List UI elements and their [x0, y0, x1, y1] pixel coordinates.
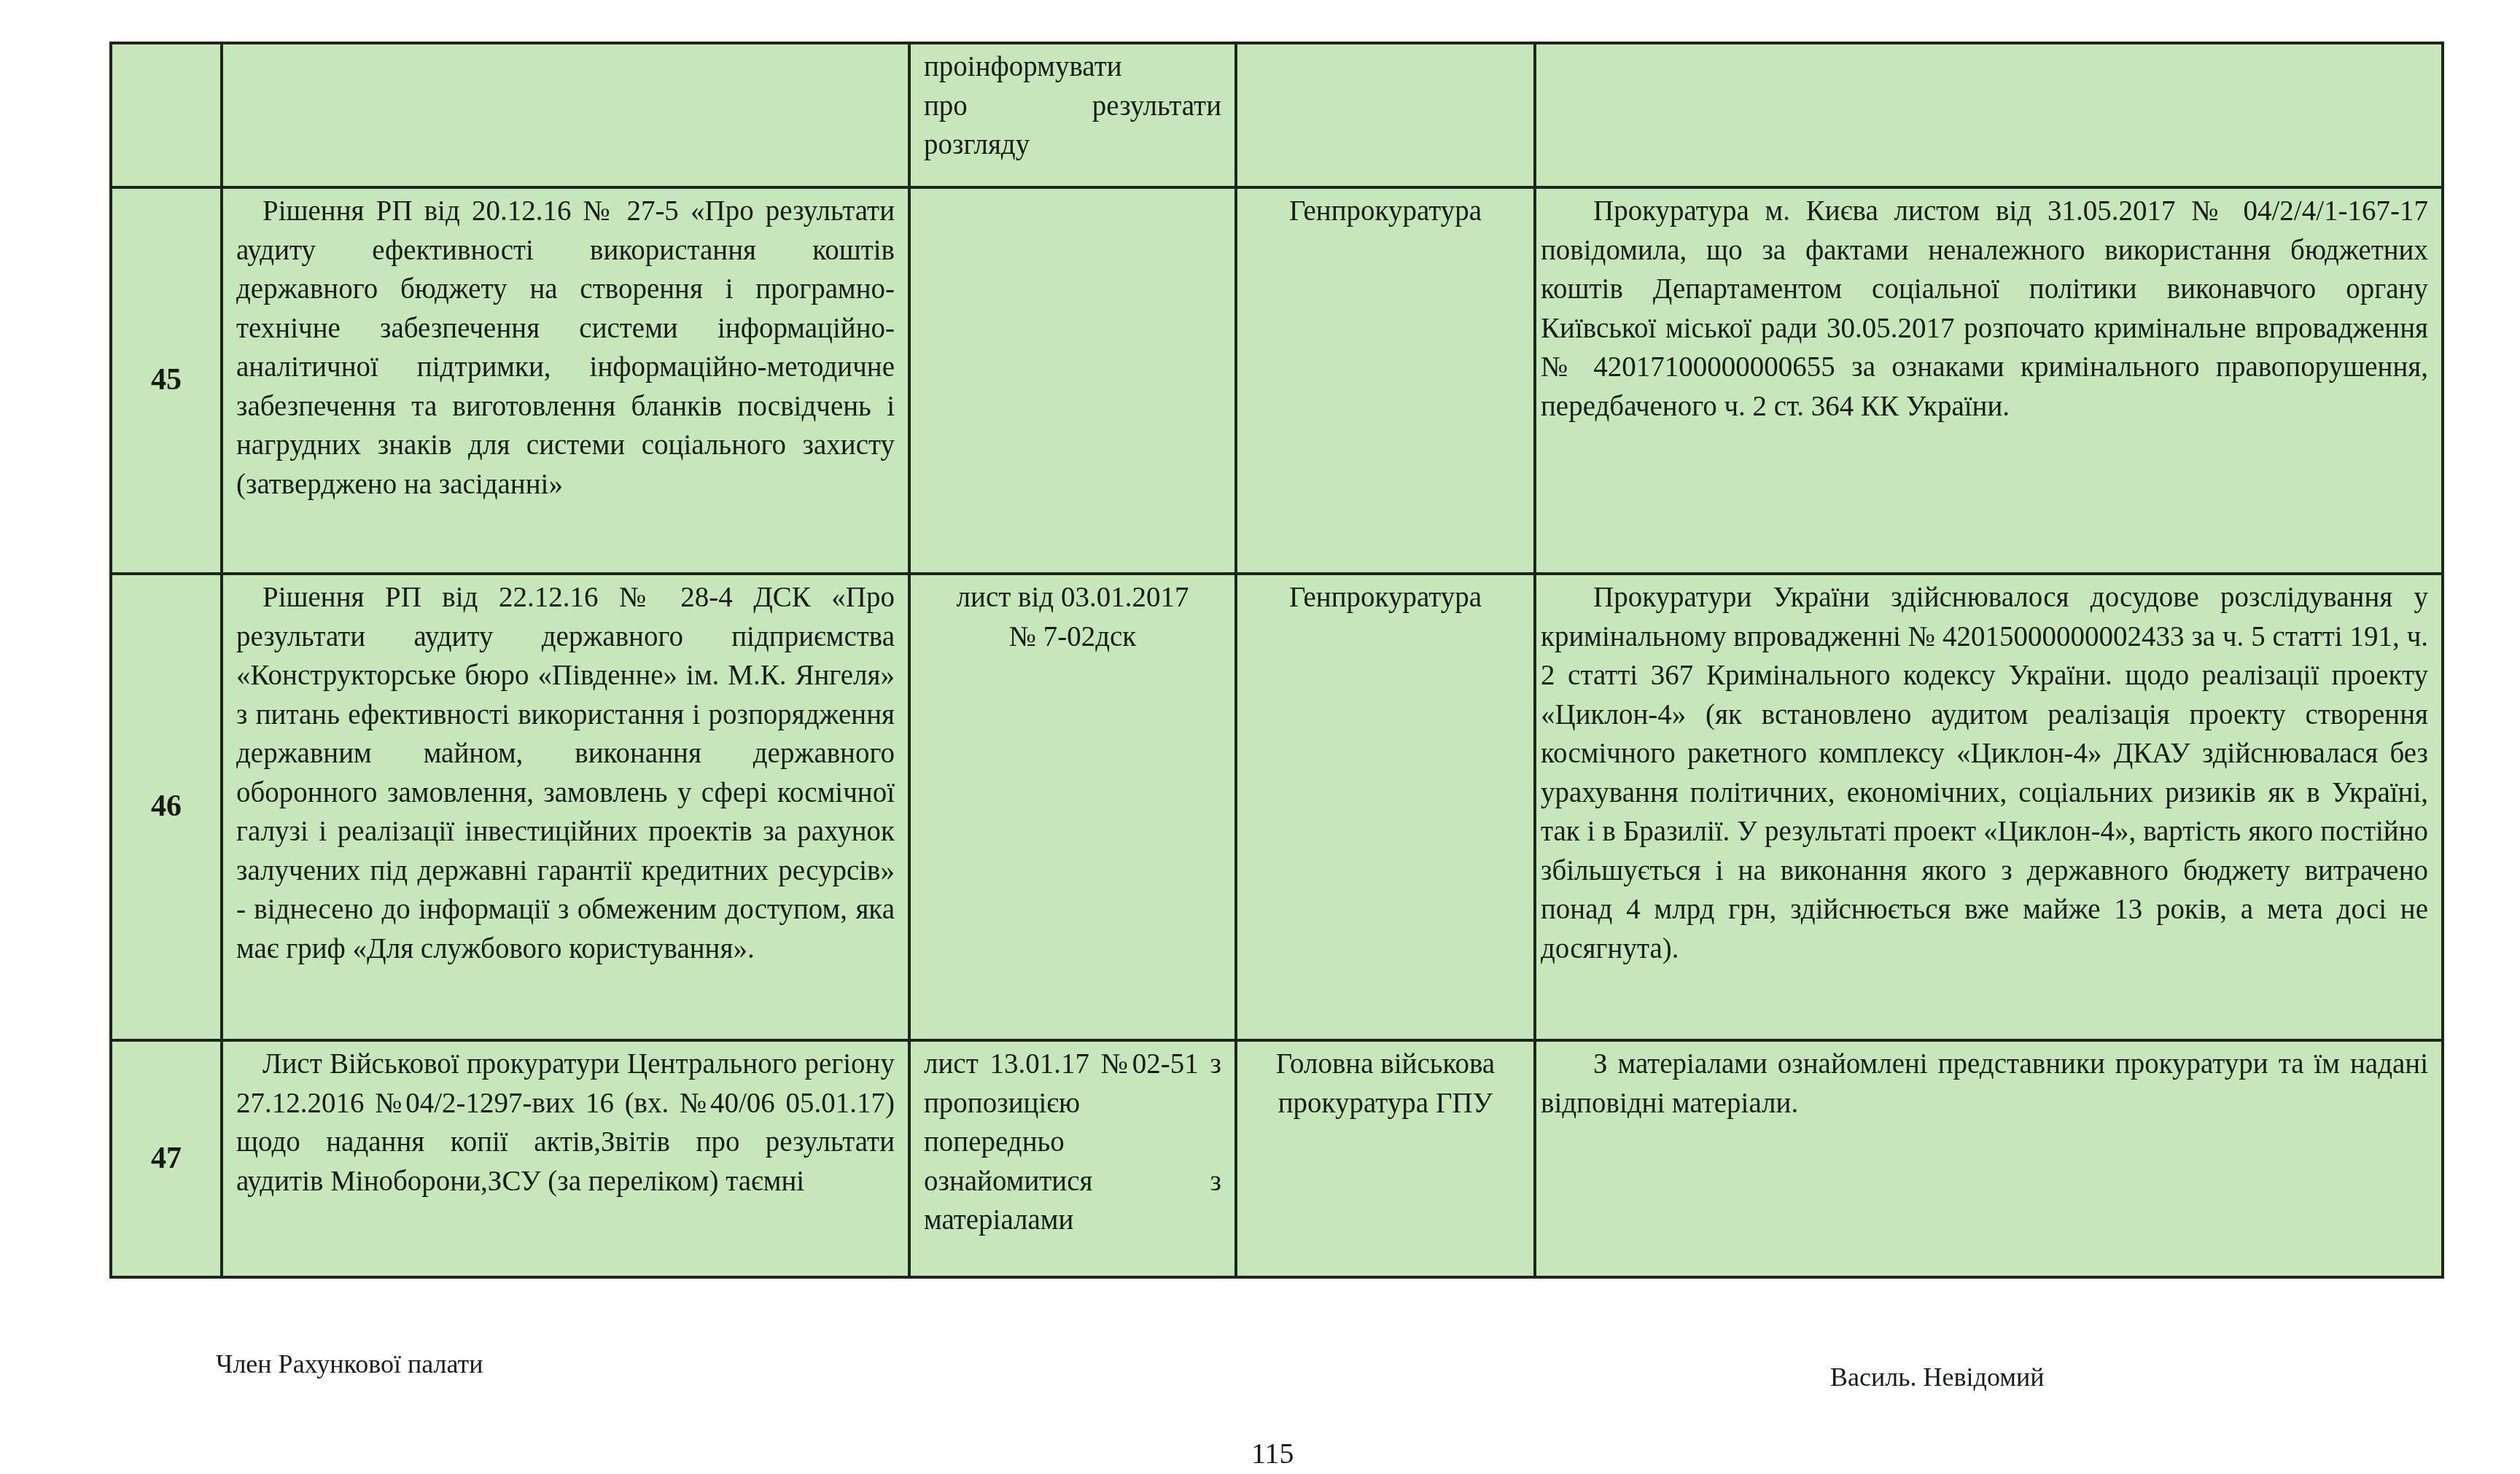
decision-cell: Лист Військової прокуратури Центрального…	[222, 1040, 909, 1277]
audit-results-table: проінформувати про результати розгляду 4…	[109, 42, 2444, 1279]
action-cell: лист 13.01.17 №02-51 з пропозицією попер…	[909, 1040, 1236, 1277]
recipient-cell: Генпрокуратура	[1236, 574, 1535, 1040]
action-line: розгляду	[924, 125, 1221, 165]
result-cell: З матеріалами ознайомлені представники п…	[1535, 1040, 2443, 1277]
signatory-name: Василь. Невідомий	[1830, 1362, 2045, 1392]
action-line: лист від 03.01.2017	[924, 578, 1221, 617]
page-number: 115	[1251, 1436, 1294, 1470]
recipient-cell: Головна військова прокуратура ГПУ	[1236, 1040, 1535, 1277]
recipient-cell: Генпрокуратура	[1236, 187, 1535, 574]
table-row: 46 Рішення РП від 22.12.16 № 28-4 ДСК «П…	[111, 574, 2443, 1040]
row-number: 45	[111, 187, 222, 574]
recipient-cell	[1236, 43, 1535, 187]
decision-cell: Рішення РП від 22.12.16 № 28-4 ДСК «Про …	[222, 574, 909, 1040]
action-cell: проінформувати про результати розгляду	[909, 43, 1236, 187]
table-row-continuation: проінформувати про результати розгляду	[111, 43, 2443, 187]
table-row: 45 Рішення РП від 20.12.16 № 27-5 «Про р…	[111, 187, 2443, 574]
result-cell: Прокуратура м. Києва листом від 31.05.20…	[1535, 187, 2443, 574]
row-number	[111, 43, 222, 187]
action-line: про результати	[924, 87, 1221, 126]
result-cell	[1535, 43, 2443, 187]
decision-cell: Рішення РП від 20.12.16 № 27-5 «Про резу…	[222, 187, 909, 574]
table-row: 47 Лист Військової прокуратури Центральн…	[111, 1040, 2443, 1277]
action-cell	[909, 187, 1236, 574]
row-number: 47	[111, 1040, 222, 1277]
action-cell: лист від 03.01.2017 № 7-02дск	[909, 574, 1236, 1040]
action-line: № 7-02дск	[924, 617, 1221, 657]
row-number: 46	[111, 574, 222, 1040]
result-cell: Прокуратури України здійснювалося досудо…	[1535, 574, 2443, 1040]
signatory-position: Член Рахункової палати	[216, 1349, 483, 1379]
action-line: проінформувати	[924, 47, 1221, 87]
decision-cell	[222, 43, 909, 187]
